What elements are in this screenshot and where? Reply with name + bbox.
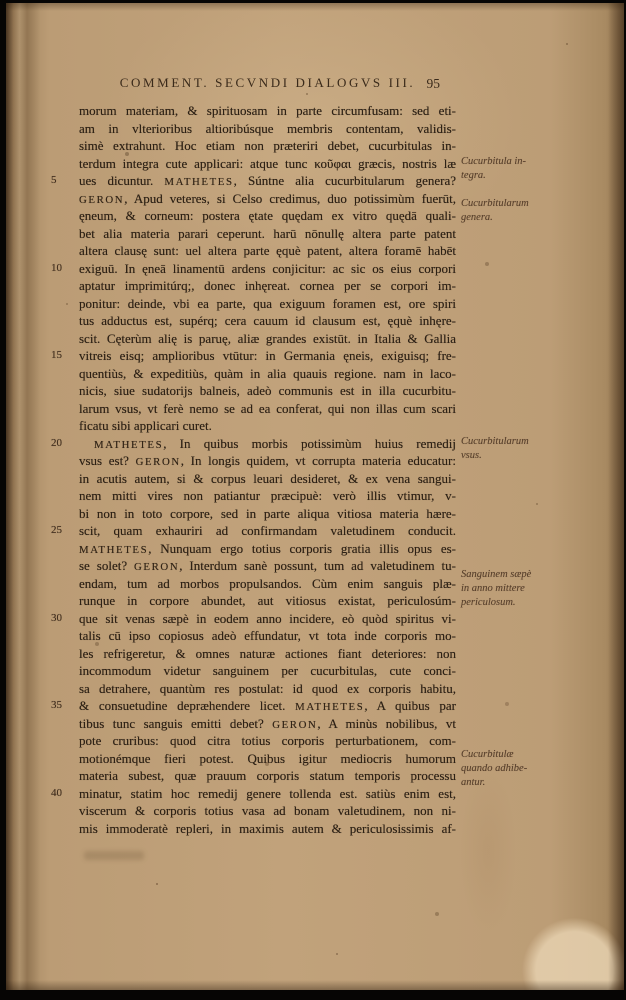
body-line-text: sa detrahere, quantùm res postulat: id q… <box>79 681 456 696</box>
line-number: 20 <box>51 435 71 453</box>
body-line: vsus est? GERON, In longis quidem, vt co… <box>79 452 456 470</box>
body-text-block: morum materiam, & spirituosam in parte c… <box>79 102 456 837</box>
body-line: ęneum, & corneum: postera ętate quędam e… <box>79 207 456 225</box>
body-line: scit. Cęterùm alię is paruę, aliæ grande… <box>79 330 456 348</box>
body-line-text: minatur, statim hoc remedij genere tolle… <box>79 786 456 801</box>
body-line: terdum integra cute applicari: atque tun… <box>79 155 456 173</box>
body-line-text: nem mitti vires non patiantur præcipuè: … <box>79 488 456 503</box>
body-line-text: in acutis autem, si & corpus leuari desi… <box>79 471 456 486</box>
body-line-text: se solet? GERON, Interdum sanè possunt, … <box>79 558 456 573</box>
margin-note: Cucurbitulæ quando adhibe- antur. <box>461 748 561 790</box>
body-line: 30que sit venas sæpè in eodem anno incid… <box>79 610 456 628</box>
body-line-text: nicis, siue sudatorijs balneis, adeò com… <box>79 383 456 398</box>
body-line: GERON, Apud veteres, si Celso credimus, … <box>79 190 456 208</box>
body-line: nicis, siue sudatorijs balneis, adeò com… <box>79 382 456 400</box>
body-line-text: scit. Cęterùm alię is paruę, aliæ grande… <box>79 331 456 346</box>
body-line: bet alia materia parari ceperunt. harū n… <box>79 225 456 243</box>
body-line-text: vsus est? GERON, In longis quidem, vt co… <box>79 453 456 468</box>
page-top-edge-shadow <box>6 3 624 11</box>
body-line-text: scit, quam exhauriri ad confirmandam val… <box>79 523 456 538</box>
body-line-text: terdum integra cute applicari: atque tun… <box>79 156 456 171</box>
body-line-text: bet alia materia parari ceperunt. harū n… <box>79 226 456 241</box>
body-line-text: tus adductus est, supérq; cera cauum id … <box>79 313 456 328</box>
body-line: ficatu sibi applicari curet. <box>79 417 456 435</box>
body-line-text: que sit venas sæpè in eodem anno incider… <box>79 611 456 626</box>
body-line-text: endam, tum ad morbos propulsandos. Cùm e… <box>79 576 456 591</box>
body-line: morum materiam, & spirituosam in parte c… <box>79 102 456 120</box>
body-line: viscerum & corporis totius vasa ad bonam… <box>79 802 456 820</box>
page-bottom-edge-shadow <box>6 980 624 990</box>
body-line-text: aptatur imprimitúrq;, donec inhęreat. co… <box>79 278 456 293</box>
body-line-text: bi non in toto corpore, sed in parte ali… <box>79 506 456 521</box>
body-line: endam, tum ad morbos propulsandos. Cùm e… <box>79 575 456 593</box>
body-line-text: runque in corpore abundet, aut vitiosus … <box>79 593 456 608</box>
line-number: 35 <box>51 697 71 715</box>
body-line-text: larum vsus, vt ferè nemo se ad ea confer… <box>79 401 456 416</box>
book-page: COMMENT. SECVNDI DIALOGVS III. 95 morum … <box>6 3 624 990</box>
line-number: 10 <box>51 260 71 278</box>
body-line: mis immoderatè repleri, in maximis autem… <box>79 820 456 838</box>
body-line: les refrigeretur, & omnes naturæ actione… <box>79 645 456 663</box>
body-line-text: simè extrahunt. Hoc etiam non præteriri … <box>79 138 456 153</box>
margin-note: Sanguinem sæpè in anno mittere periculos… <box>461 568 561 610</box>
body-line: 25scit, quam exhauriri ad confirmandam v… <box>79 522 456 540</box>
body-line-text: ficatu sibi applicari curet. <box>79 418 212 433</box>
body-line: runque in corpore abundet, aut vitiosus … <box>79 592 456 610</box>
line-number: 5 <box>51 172 71 190</box>
body-line-text: les refrigeretur, & omnes naturæ actione… <box>79 646 456 661</box>
body-line: incommodum videtur sanguinem per cucurbi… <box>79 662 456 680</box>
body-line-text: ęneum, & corneum: postera ętate quędam e… <box>79 208 456 223</box>
paper-speckles <box>6 3 8 5</box>
body-line-text: altera clausę sunt: uel altera parte ęqu… <box>79 243 456 258</box>
body-line-text: & consuetudine depræhendere licet. MATHE… <box>79 698 456 713</box>
body-line: 35& consuetudine depræhendere licet. MAT… <box>79 697 456 715</box>
body-line: MATHETES, Nunquam ergo totius corporis g… <box>79 540 456 558</box>
body-line-text: morum materiam, & spirituosam in parte c… <box>79 103 456 118</box>
body-line: motionémque fieri potest. Quibus igitur … <box>79 750 456 768</box>
body-line-text: quentiùs, & expeditiùs, quàm in alia qua… <box>79 366 456 381</box>
body-line-text: pote cruribus: quod citra totius corpori… <box>79 733 456 748</box>
body-line-text: MATHETES, Nunquam ergo totius corporis g… <box>79 541 456 556</box>
body-line: am in vlterioribus altioribúsque membris… <box>79 120 456 138</box>
body-line: materia subest, quæ prauum corporis stat… <box>79 767 456 785</box>
line-number: 30 <box>51 610 71 628</box>
body-line-text: ues dicuntur. MATHETES, Súntne alia cucu… <box>79 173 456 188</box>
body-line: 10exiguū. In ęneā linamentū ardens conji… <box>79 260 456 278</box>
page-header: COMMENT. SECVNDI DIALOGVS III. 95 <box>79 75 456 95</box>
line-number: 25 <box>51 522 71 540</box>
body-line: quentiùs, & expeditiùs, quàm in alia qua… <box>79 365 456 383</box>
body-line-text: materia subest, quæ prauum corporis stat… <box>79 768 456 783</box>
body-line-text: motionémque fieri potest. Quibus igitur … <box>79 751 456 766</box>
body-line: altera clausę sunt: uel altera parte ęqu… <box>79 242 456 260</box>
body-line-text: mis immoderatè repleri, in maximis autem… <box>79 821 456 836</box>
body-line-text: MATHETES, In quibus morbis potissimùm hu… <box>94 436 456 451</box>
body-line: ponitur: deinde, vbi ea parte, qua exigu… <box>79 295 456 313</box>
margin-note: Cucurbitularum genera. <box>461 197 561 225</box>
body-line: larum vsus, vt ferè nemo se ad ea confer… <box>79 400 456 418</box>
body-line: aptatur imprimitúrq;, donec inhęreat. co… <box>79 277 456 295</box>
margin-note: Cucurbitularum vsus. <box>461 435 561 463</box>
page-fold-shadow <box>6 3 40 990</box>
running-title: COMMENT. SECVNDI DIALOGVS III. <box>79 75 456 91</box>
body-line: sa detrahere, quantùm res postulat: id q… <box>79 680 456 698</box>
body-line-text: vitreis eisq; amplioribus vtūtur: in Ger… <box>79 348 456 363</box>
body-line: 40minatur, statim hoc remedij genere tol… <box>79 785 456 803</box>
body-line: nem mitti vires non patiantur præcipuè: … <box>79 487 456 505</box>
body-line: pote cruribus: quod citra totius corpori… <box>79 732 456 750</box>
body-line: se solet? GERON, Interdum sanè possunt, … <box>79 557 456 575</box>
body-line: simè extrahunt. Hoc etiam non præteriri … <box>79 137 456 155</box>
body-line-text: GERON, Apud veteres, si Celso credimus, … <box>79 191 456 206</box>
line-number: 40 <box>51 785 71 803</box>
body-line-text: viscerum & corporis totius vasa ad bonam… <box>79 803 456 818</box>
body-line-text: ponitur: deinde, vbi ea parte, qua exigu… <box>79 296 456 311</box>
body-line-text: tibus tunc sanguis emitti debet? GERON, … <box>79 716 456 731</box>
body-line-text: am in vlterioribus altioribúsque membris… <box>79 121 456 136</box>
body-line: 5ues dicuntur. MATHETES, Súntne alia cuc… <box>79 172 456 190</box>
margin-note: Cucurbitula in- tegra. <box>461 155 561 183</box>
body-line: talis cū ipso copiosus adeò effundatur, … <box>79 627 456 645</box>
body-line: in acutis autem, si & corpus leuari desi… <box>79 470 456 488</box>
page-right-edge-shadow <box>608 3 624 990</box>
body-line-text: incommodum videtur sanguinem per cucurbi… <box>79 663 456 678</box>
body-line: bi non in toto corpore, sed in parte ali… <box>79 505 456 523</box>
body-line: tibus tunc sanguis emitti debet? GERON, … <box>79 715 456 733</box>
line-number: 15 <box>51 347 71 365</box>
body-line: 20MATHETES, In quibus morbis potissimùm … <box>79 435 456 453</box>
page-number: 95 <box>427 76 441 92</box>
body-line-text: talis cū ipso copiosus adeò effundatur, … <box>79 628 456 643</box>
body-line-text: exiguū. In ęneā linamentū ardens conjici… <box>79 261 456 276</box>
show-through-smudge <box>84 851 144 860</box>
body-line: 15vitreis eisq; amplioribus vtūtur: in G… <box>79 347 456 365</box>
body-line: tus adductus est, supérq; cera cauum id … <box>79 312 456 330</box>
